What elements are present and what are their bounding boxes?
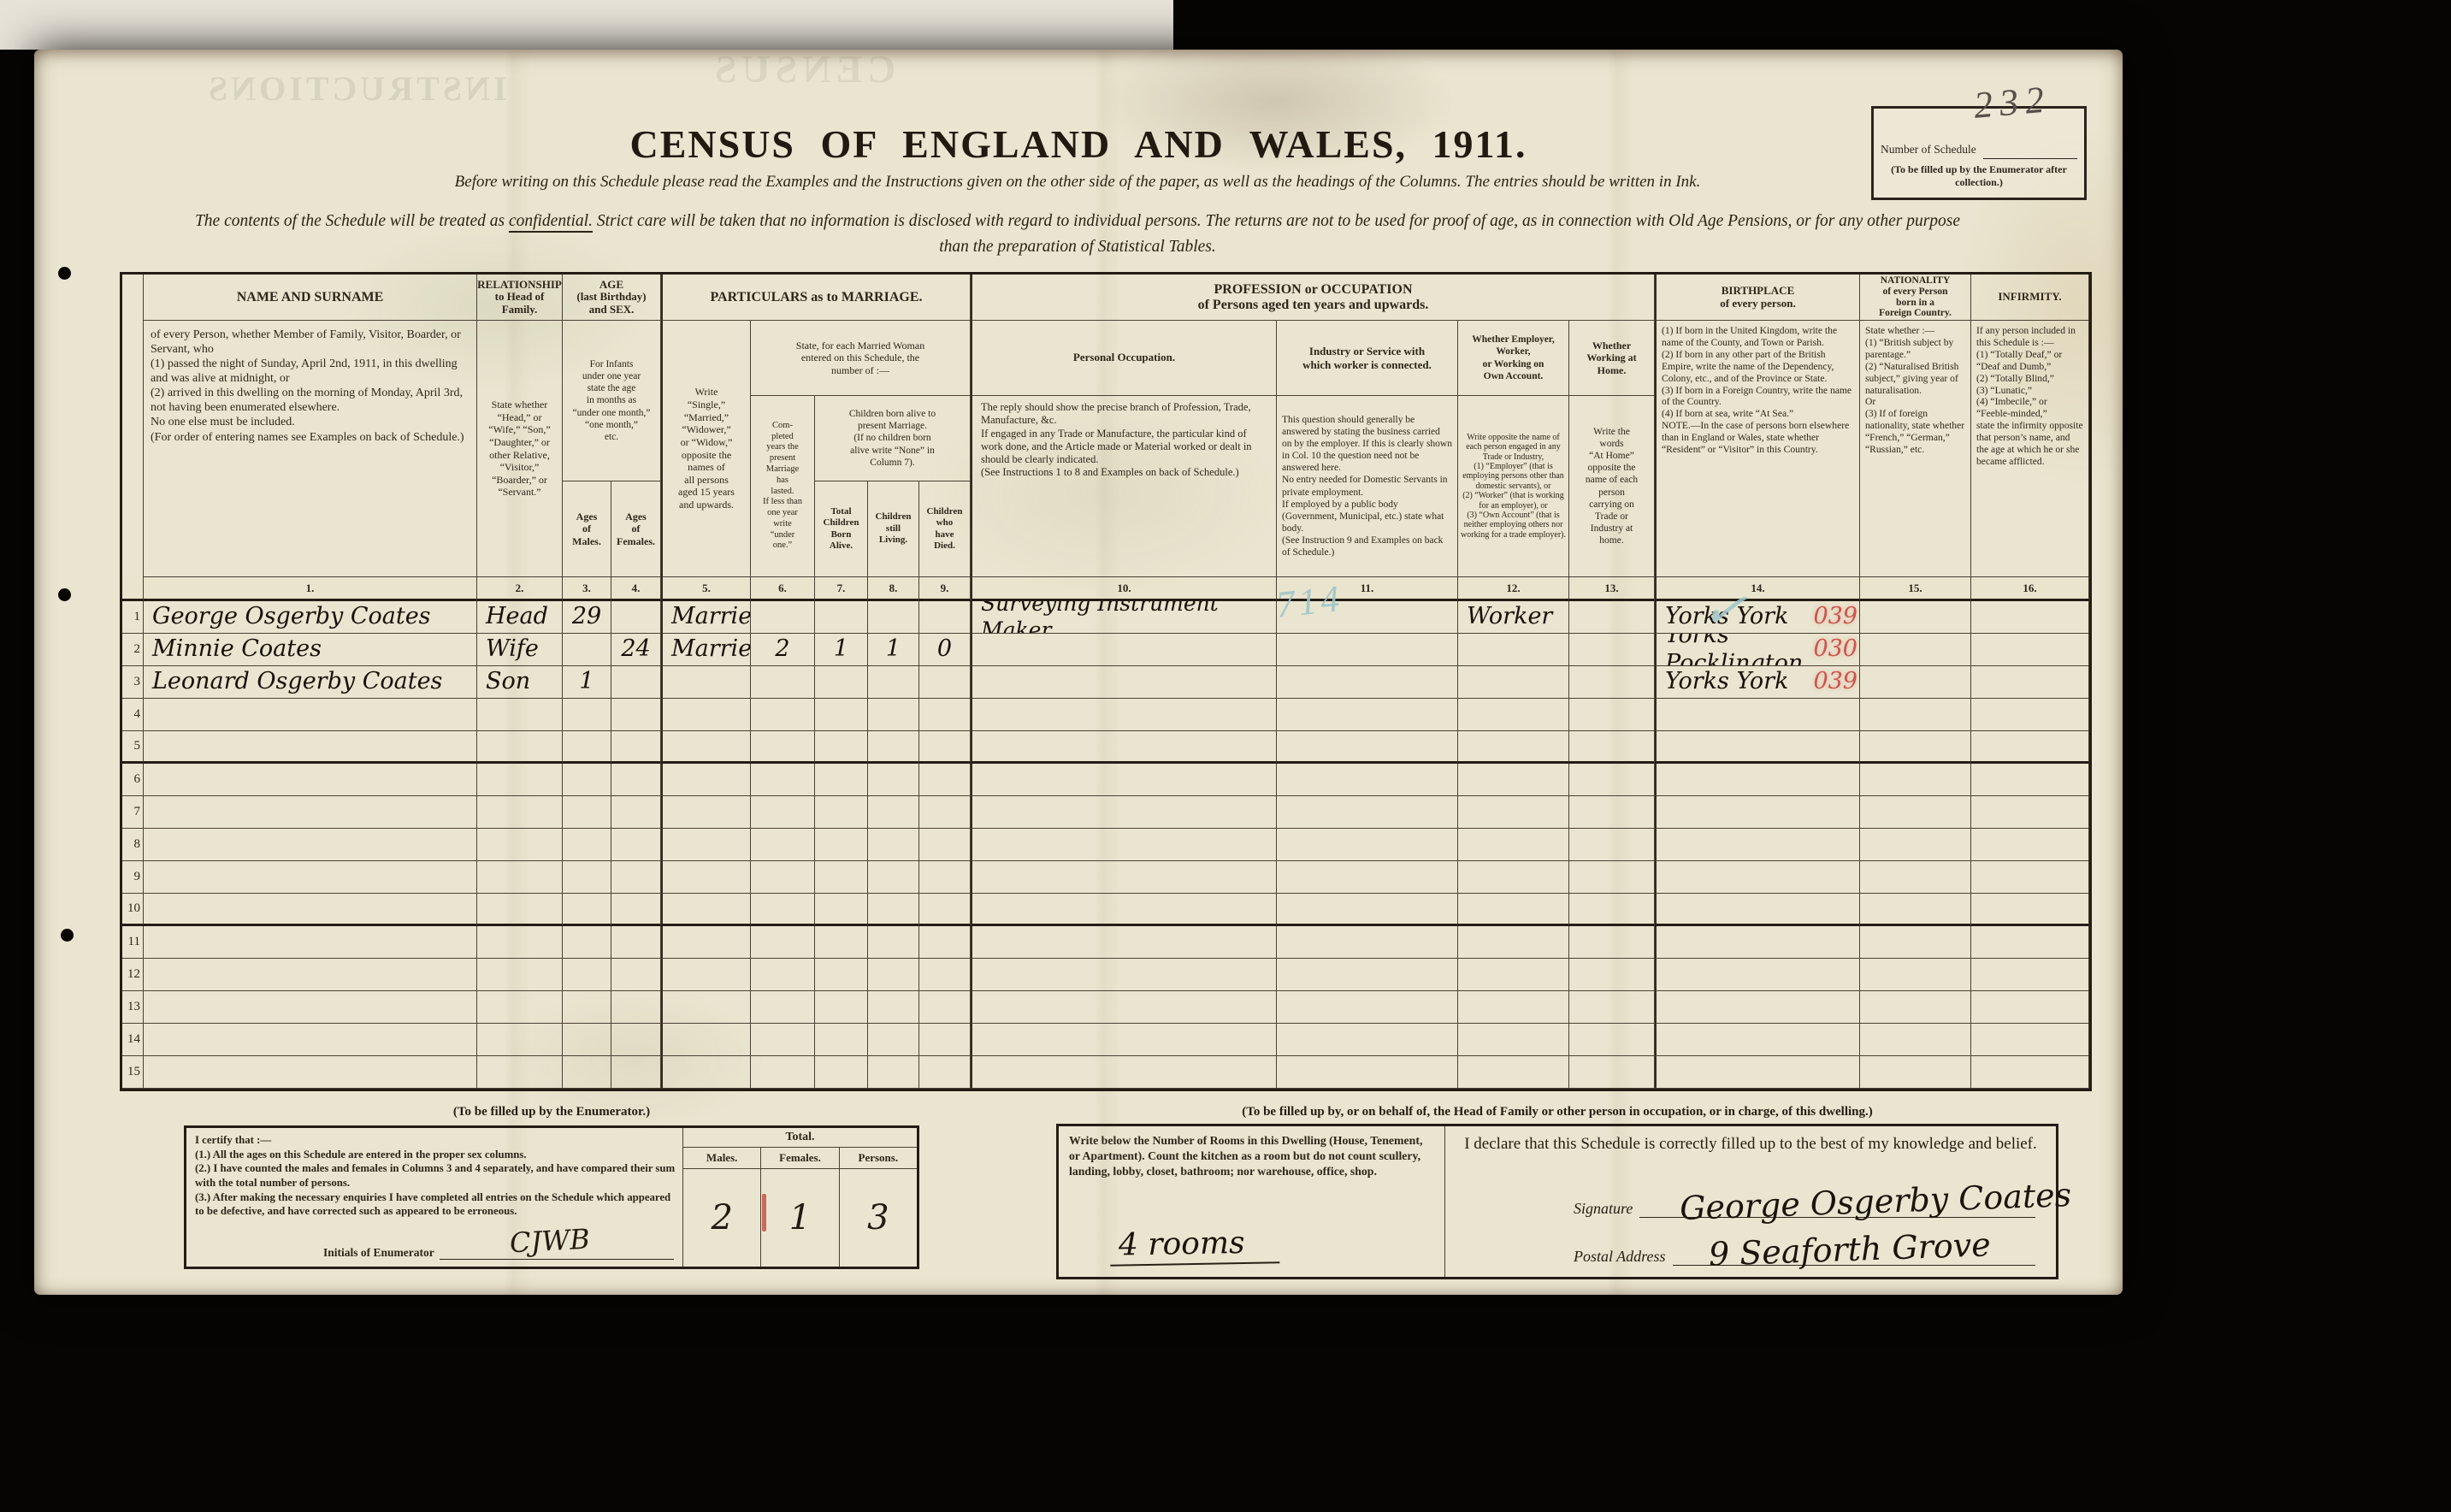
row-14-n: 14	[122, 1024, 144, 1056]
row-7-name	[144, 796, 477, 829]
row-1-name: George Osgerby Coates	[144, 601, 477, 634]
row-3-infirmity	[1971, 666, 2089, 699]
row-7-industry	[1277, 796, 1458, 829]
row-15-marriage	[661, 1056, 751, 1089]
row-9-age_f	[611, 861, 661, 894]
row-14-living	[868, 1024, 919, 1056]
row-5-years	[751, 731, 815, 764]
row-11-infirmity	[1971, 926, 2089, 959]
enumerator-certify-text: I certify that :— (1.) All the ages on t…	[195, 1133, 676, 1219]
row-4-living	[868, 699, 919, 731]
postal-address-line: 9 Seaforth Grove	[1673, 1227, 2035, 1266]
intro-instruction: Before writing on this Schedule please r…	[94, 173, 2061, 192]
row-11-age_f	[611, 926, 661, 959]
row-11-at_home	[1569, 926, 1655, 959]
infirmity-description: If any person included in this Schedule …	[1971, 321, 2089, 577]
row-9-at_home	[1569, 861, 1655, 894]
ages-females-subheader: Ages of Females.	[611, 481, 661, 577]
row-1-age_f	[611, 601, 661, 634]
females-total-handwritten: 1	[761, 1169, 839, 1267]
row-9-died	[919, 861, 971, 894]
row-15-died	[919, 1056, 971, 1089]
declaration-box: Write below the Number of Rooms in this …	[1056, 1124, 2058, 1279]
confidential-notice-line2: than the preparation of Statistical Tabl…	[68, 238, 2087, 257]
row-14-employment	[1458, 1024, 1569, 1056]
row-3-died	[919, 666, 971, 699]
row-15-born	[815, 1056, 868, 1089]
registration-code-red: 039	[1810, 603, 1857, 631]
schedule-number-handwritten: 232	[1972, 77, 2052, 127]
row-13-industry	[1277, 991, 1458, 1024]
bleedthrough-text: CENSUS	[710, 46, 896, 92]
row-9-nationality	[1860, 861, 1971, 894]
row-3-relationship: Son	[477, 666, 563, 699]
row-14-born	[815, 1024, 868, 1056]
col-header-birthplace: BIRTHPLACE of every person.	[1655, 275, 1860, 321]
row-7-birthplace	[1655, 796, 1860, 829]
row-7-died	[919, 796, 971, 829]
row-6-industry	[1277, 764, 1458, 796]
column-number: 3.	[563, 577, 611, 601]
row-13-years	[751, 991, 815, 1024]
row-12-age_f	[611, 959, 661, 991]
postal-address-label: Postal Address	[1574, 1248, 1666, 1266]
name-column-description: of every Person, whether Member of Famil…	[144, 321, 477, 577]
column-number: 4.	[611, 577, 661, 601]
row-4-occupation	[971, 699, 1277, 731]
row-13-age_m	[563, 991, 611, 1024]
row-11-marriage	[661, 926, 751, 959]
birthplace-value: Yorks York	[1665, 603, 1788, 631]
column-number: 2.	[477, 577, 563, 601]
row-3-occupation	[971, 666, 1277, 699]
row-10-birthplace	[1655, 894, 1860, 926]
schedule-number-note: (To be filled up by the Enumerator after…	[1874, 163, 2084, 189]
nationality-description: State whether :— (1) “British subject by…	[1860, 321, 1971, 577]
enumerator-section-heading: (To be filled up by the Enumerator.)	[184, 1105, 919, 1119]
employer-worker-subheader: Whether Employer, Worker, or Working on …	[1458, 321, 1569, 396]
row-14-marriage	[661, 1024, 751, 1056]
row-9-birthplace	[1655, 861, 1860, 894]
row-10-marriage	[661, 894, 751, 926]
row-2-marriage: Married	[661, 634, 751, 666]
row-11-years	[751, 926, 815, 959]
row-1-birthplace: Yorks York039	[1655, 601, 1860, 634]
row-11-age_m	[563, 926, 611, 959]
row-1-relationship: Head	[477, 601, 563, 634]
rownum-header-spacer	[122, 275, 144, 601]
row-7-nationality	[1860, 796, 1971, 829]
row-6-employment	[1458, 764, 1569, 796]
row-2-born: 1	[815, 634, 868, 666]
row-3-living	[868, 666, 919, 699]
row-1-employment: Worker	[1458, 601, 1569, 634]
infants-age-note: For Infants under one year state the age…	[563, 321, 661, 481]
row-12-living	[868, 959, 919, 991]
column-number: 5.	[661, 577, 751, 601]
row-8-n: 8	[122, 829, 144, 861]
row-13-at_home	[1569, 991, 1655, 1024]
declaration-text: I declare that this Schedule is correctl…	[1459, 1135, 2042, 1154]
row-12-occupation	[971, 959, 1277, 991]
row-2-n: 2	[122, 634, 144, 666]
row-5-infirmity	[1971, 731, 2089, 764]
row-11-relationship	[477, 926, 563, 959]
row-11-n: 11	[122, 926, 144, 959]
row-11-nationality	[1860, 926, 1971, 959]
enumerator-box: I certify that :— (1.) All the ages on t…	[184, 1125, 919, 1269]
children-living-subheader: Children still Living.	[868, 481, 919, 577]
row-4-n: 4	[122, 699, 144, 731]
row-14-nationality	[1860, 1024, 1971, 1056]
row-8-nationality	[1860, 829, 1971, 861]
row-5-born	[815, 731, 868, 764]
row-5-age_f	[611, 731, 661, 764]
row-1-age_m: 29	[563, 601, 611, 634]
marriage-state-description: Write “Single,” “Married,” “Widower,” or…	[661, 321, 751, 577]
row-10-at_home	[1569, 894, 1655, 926]
row-3-n: 3	[122, 666, 144, 699]
row-8-years	[751, 829, 815, 861]
row-9-name	[144, 861, 477, 894]
row-12-employment	[1458, 959, 1569, 991]
row-5-marriage	[661, 731, 751, 764]
row-2-employment	[1458, 634, 1569, 666]
row-5-employment	[1458, 731, 1569, 764]
row-2-occupation	[971, 634, 1277, 666]
row-15-infirmity	[1971, 1056, 2089, 1089]
postal-address-handwritten: 9 Seaforth Grove	[1708, 1226, 1991, 1273]
signature-handwritten: George Osgerby Coates	[1679, 1176, 2071, 1227]
row-12-nationality	[1860, 959, 1971, 991]
row-8-infirmity	[1971, 829, 2089, 861]
row-13-age_f	[611, 991, 661, 1024]
column-number: 11.	[1277, 577, 1458, 601]
row-1-n: 1	[122, 601, 144, 634]
schedule-number-label: Number of Schedule	[1881, 143, 1976, 157]
row-3-marriage	[661, 666, 751, 699]
row-14-age_m	[563, 1024, 611, 1056]
row-4-born	[815, 699, 868, 731]
row-3-name: Leonard Osgerby Coates	[144, 666, 477, 699]
row-6-name	[144, 764, 477, 796]
marriage-years-description: Com- pleted years the present Marriage h…	[751, 396, 815, 577]
row-8-employment	[1458, 829, 1569, 861]
row-11-occupation	[971, 926, 1277, 959]
row-2-industry	[1277, 634, 1458, 666]
row-6-years	[751, 764, 815, 796]
row-2-name: Minnie Coates	[144, 634, 477, 666]
row-11-died	[919, 926, 971, 959]
row-10-name	[144, 894, 477, 926]
row-14-years	[751, 1024, 815, 1056]
row-8-living	[868, 829, 919, 861]
row-15-industry	[1277, 1056, 1458, 1089]
row-3-born	[815, 666, 868, 699]
row-7-age_m	[563, 796, 611, 829]
row-4-infirmity	[1971, 699, 2089, 731]
row-9-n: 9	[122, 861, 144, 894]
row-13-n: 13	[122, 991, 144, 1024]
row-14-industry	[1277, 1024, 1458, 1056]
row-1-at_home	[1569, 601, 1655, 634]
married-woman-note: State, for each Married Woman entered on…	[751, 321, 971, 396]
row-10-born	[815, 894, 868, 926]
total-label: Total.	[683, 1128, 917, 1148]
row-2-living: 1	[868, 634, 919, 666]
row-9-marriage	[661, 861, 751, 894]
row-14-birthplace	[1655, 1024, 1860, 1056]
row-10-industry	[1277, 894, 1458, 926]
row-13-relationship	[477, 991, 563, 1024]
row-1-living	[868, 601, 919, 634]
row-6-infirmity	[1971, 764, 2089, 796]
row-1-infirmity	[1971, 601, 2089, 634]
row-15-name	[144, 1056, 477, 1089]
industry-subheader: Industry or Service with which worker is…	[1277, 321, 1458, 396]
hole-punch	[58, 588, 71, 601]
children-born-note: Children born alive to present Marriage.…	[815, 396, 971, 481]
scanner-background-strip	[0, 0, 1173, 50]
row-13-nationality	[1860, 991, 1971, 1024]
row-2-relationship: Wife	[477, 634, 563, 666]
row-12-birthplace	[1655, 959, 1860, 991]
column-number: 7.	[815, 577, 868, 601]
row-8-name	[144, 829, 477, 861]
census-schedule-scan: { "header": { "title": "CENSUS OF ENGLAN…	[0, 0, 2451, 1512]
row-5-living	[868, 731, 919, 764]
row-2-age_m	[563, 634, 611, 666]
row-14-occupation	[971, 1024, 1277, 1056]
row-8-died	[919, 829, 971, 861]
row-5-nationality	[1860, 731, 1971, 764]
row-7-employment	[1458, 796, 1569, 829]
row-12-died	[919, 959, 971, 991]
row-6-birthplace	[1655, 764, 1860, 796]
row-9-age_m	[563, 861, 611, 894]
row-3-employment	[1458, 666, 1569, 699]
row-10-died	[919, 894, 971, 926]
registration-code-red: 039	[1810, 668, 1857, 696]
row-4-employment	[1458, 699, 1569, 731]
row-3-age_f	[611, 666, 661, 699]
row-2-age_f: 24	[611, 634, 661, 666]
signature-line: George Osgerby Coates	[1639, 1179, 2035, 1218]
row-8-age_f	[611, 829, 661, 861]
bleedthrough-text: INSTRUCTIONS	[205, 68, 507, 109]
row-10-age_m	[563, 894, 611, 926]
row-9-industry	[1277, 861, 1458, 894]
row-2-infirmity	[1971, 634, 2089, 666]
employer-worker-description: Write opposite the name of each person e…	[1458, 396, 1569, 577]
row-15-age_m	[563, 1056, 611, 1089]
row-12-born	[815, 959, 868, 991]
row-10-living	[868, 894, 919, 926]
row-10-nationality	[1860, 894, 1971, 926]
row-10-occupation	[971, 894, 1277, 926]
children-died-subheader: Children who have Died.	[919, 481, 971, 577]
initials-label: Initials of Enumerator	[323, 1246, 434, 1260]
row-9-born	[815, 861, 868, 894]
row-6-died	[919, 764, 971, 796]
row-8-age_m	[563, 829, 611, 861]
row-13-infirmity	[1971, 991, 2089, 1024]
row-15-years	[751, 1056, 815, 1089]
row-4-name	[144, 699, 477, 731]
page-title: CENSUS OF ENGLAND AND WALES, 1911.	[34, 121, 2123, 167]
industry-description: This question should generally be answer…	[1277, 396, 1458, 577]
row-13-birthplace	[1655, 991, 1860, 1024]
column-number: 10.	[971, 577, 1277, 601]
row-2-at_home	[1569, 634, 1655, 666]
row-8-at_home	[1569, 829, 1655, 861]
row-9-relationship	[477, 861, 563, 894]
census-table: NAME AND SURNAME RELATIONSHIP to Head of…	[120, 272, 2092, 1091]
row-1-industry	[1277, 601, 1458, 634]
row-4-years	[751, 699, 815, 731]
row-10-infirmity	[1971, 894, 2089, 926]
personal-occupation-subheader: Personal Occupation.	[971, 321, 1277, 396]
row-12-name	[144, 959, 477, 991]
schedule-number-line	[1983, 158, 2077, 159]
ages-males-subheader: Ages of Males.	[563, 481, 611, 577]
column-number: 12.	[1458, 577, 1569, 601]
row-4-birthplace	[1655, 699, 1860, 731]
col-header-relationship: RELATIONSHIP to Head of Family.	[477, 275, 563, 321]
row-11-birthplace	[1655, 926, 1860, 959]
row-14-name	[144, 1024, 477, 1056]
row-12-at_home	[1569, 959, 1655, 991]
row-14-died	[919, 1024, 971, 1056]
column-number-spacer	[122, 577, 144, 601]
row-13-employment	[1458, 991, 1569, 1024]
row-1-marriage: Married	[661, 601, 751, 634]
col-header-profession: PROFESSION or OCCUPATION of Persons aged…	[971, 275, 1655, 321]
row-6-living	[868, 764, 919, 796]
row-13-name	[144, 991, 477, 1024]
row-6-age_f	[611, 764, 661, 796]
row-12-relationship	[477, 959, 563, 991]
row-11-living	[868, 926, 919, 959]
row-5-died	[919, 731, 971, 764]
row-5-age_m	[563, 731, 611, 764]
birthplace-description: (1) If born in the United Kingdom, write…	[1655, 321, 1860, 577]
row-10-n: 10	[122, 894, 144, 926]
row-12-marriage	[661, 959, 751, 991]
row-5-relationship	[477, 731, 563, 764]
row-13-occupation	[971, 991, 1277, 1024]
birthplace-value: Yorks Pocklington	[1665, 634, 1810, 666]
row-6-nationality	[1860, 764, 1971, 796]
row-10-age_f	[611, 894, 661, 926]
row-15-relationship	[477, 1056, 563, 1089]
row-11-name	[144, 926, 477, 959]
row-15-nationality	[1860, 1056, 1971, 1089]
column-number: 1.	[144, 577, 477, 601]
row-6-age_m	[563, 764, 611, 796]
row-6-born	[815, 764, 868, 796]
row-5-at_home	[1569, 731, 1655, 764]
row-12-industry	[1277, 959, 1458, 991]
row-8-occupation	[971, 829, 1277, 861]
census-form-paper: INSTRUCTIONS CENSUS CENSUS OF ENGLAND AN…	[34, 50, 2123, 1295]
signature-label: Signature	[1574, 1200, 1633, 1218]
row-9-years	[751, 861, 815, 894]
col-header-marriage: PARTICULARS as to MARRIAGE.	[661, 275, 971, 321]
row-5-industry	[1277, 731, 1458, 764]
row-10-employment	[1458, 894, 1569, 926]
row-6-n: 6	[122, 764, 144, 796]
row-5-occupation	[971, 731, 1277, 764]
row-5-n: 5	[122, 731, 144, 764]
persons-label: Persons.	[840, 1148, 917, 1168]
row-9-living	[868, 861, 919, 894]
row-15-at_home	[1569, 1056, 1655, 1089]
column-number: 14.	[1655, 577, 1860, 601]
rooms-value-handwritten: 4 rooms	[1110, 1225, 1279, 1266]
row-12-infirmity	[1971, 959, 2089, 991]
row-7-age_f	[611, 796, 661, 829]
col-header-name: NAME AND SURNAME	[144, 275, 477, 321]
row-13-living	[868, 991, 919, 1024]
row-3-age_m: 1	[563, 666, 611, 699]
row-14-age_f	[611, 1024, 661, 1056]
row-14-relationship	[477, 1024, 563, 1056]
females-label: Females.	[761, 1148, 839, 1168]
row-13-born	[815, 991, 868, 1024]
row-1-nationality	[1860, 601, 1971, 634]
row-11-industry	[1277, 926, 1458, 959]
confidential-notice-line1: The contents of the Schedule will be tre…	[68, 212, 2087, 231]
declaration-section-heading: (To be filled up by, or on behalf of, th…	[1056, 1105, 2058, 1119]
males-label: Males.	[683, 1148, 761, 1168]
row-4-relationship	[477, 699, 563, 731]
row-13-died	[919, 991, 971, 1024]
row-8-industry	[1277, 829, 1458, 861]
row-7-relationship	[477, 796, 563, 829]
row-2-died: 0	[919, 634, 971, 666]
row-12-n: 12	[122, 959, 144, 991]
row-1-died	[919, 601, 971, 634]
col-header-infirmity: INFIRMITY.	[1971, 275, 2089, 321]
row-15-living	[868, 1056, 919, 1089]
rooms-instruction: Write below the Number of Rooms in this …	[1069, 1133, 1434, 1179]
row-9-infirmity	[1971, 861, 2089, 894]
hole-punch	[61, 929, 74, 942]
column-number: 8.	[868, 577, 919, 601]
row-15-birthplace	[1655, 1056, 1860, 1089]
row-4-marriage	[661, 699, 751, 731]
row-12-years	[751, 959, 815, 991]
col-header-nationality: NATIONALITY of every Person born in a Fo…	[1860, 275, 1971, 321]
confidential-underlined: confidential.	[509, 212, 593, 233]
row-3-birthplace: Yorks York039	[1655, 666, 1860, 699]
row-10-relationship	[477, 894, 563, 926]
row-1-occupation: Surveying Instrument Maker	[971, 601, 1277, 634]
row-4-nationality	[1860, 699, 1971, 731]
birthplace-value: Yorks York	[1665, 668, 1788, 696]
row-7-occupation	[971, 796, 1277, 829]
row-2-years: 2	[751, 634, 815, 666]
row-4-at_home	[1569, 699, 1655, 731]
row-3-years	[751, 666, 815, 699]
relationship-description: State whether “Head,” or “Wife,” “Son,” …	[477, 321, 563, 577]
row-11-employment	[1458, 926, 1569, 959]
row-15-occupation	[971, 1056, 1277, 1089]
row-6-occupation	[971, 764, 1277, 796]
row-13-marriage	[661, 991, 751, 1024]
column-number: 13.	[1569, 577, 1655, 601]
